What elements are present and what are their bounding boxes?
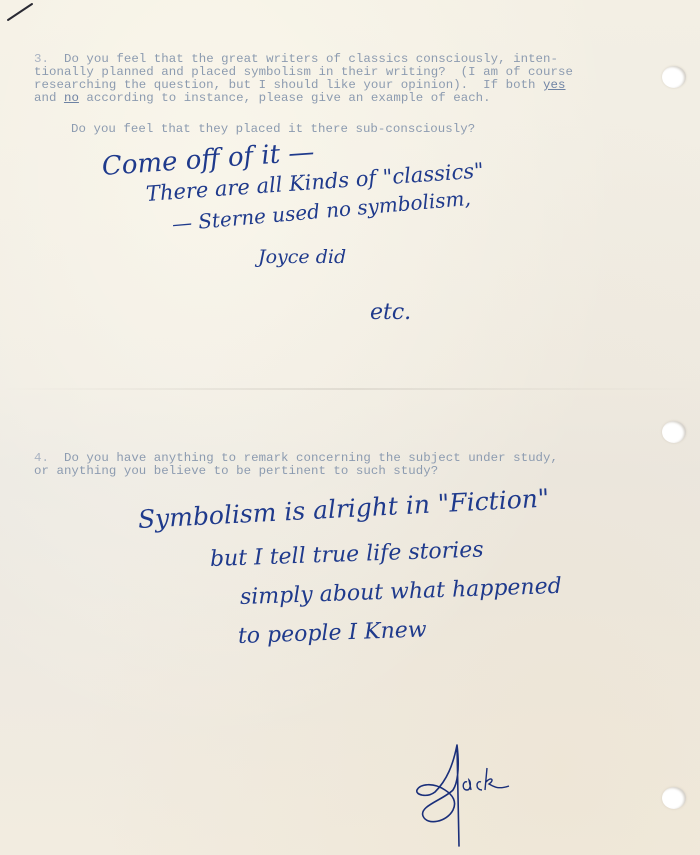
underlined-no: no: [64, 91, 79, 105]
question-3-line-3: researching the question, but I should l…: [34, 79, 566, 92]
underlined-yes: yes: [543, 78, 565, 92]
question-3-line-2: tionally planned and placed symbolism in…: [34, 66, 573, 79]
answer-3-line-4: Joyce did: [258, 246, 346, 268]
punch-hole-top: [662, 66, 686, 88]
corner-pen-stroke-icon: [4, 2, 44, 26]
paper-fold-line: [0, 388, 700, 390]
question-3-number: 3.: [34, 52, 49, 66]
question-3-line-1: 3. Do you feel that the great writers of…: [34, 53, 558, 66]
question-3-line-4: and no according to instance, please giv…: [34, 92, 491, 105]
signature-jack: Jack: [405, 740, 515, 850]
punch-hole-bottom: [662, 787, 686, 809]
punch-hole-middle: [662, 421, 686, 443]
question-4-number: 4.: [34, 451, 49, 465]
question-3-followup: Do you feel that they placed it there su…: [71, 123, 475, 136]
answer-3-line-5: etc.: [370, 300, 411, 325]
question-4-line-1: 4. Do you have anything to remark concer…: [34, 452, 558, 465]
question-4-line-2: or anything you believe to be pertinent …: [34, 465, 438, 478]
